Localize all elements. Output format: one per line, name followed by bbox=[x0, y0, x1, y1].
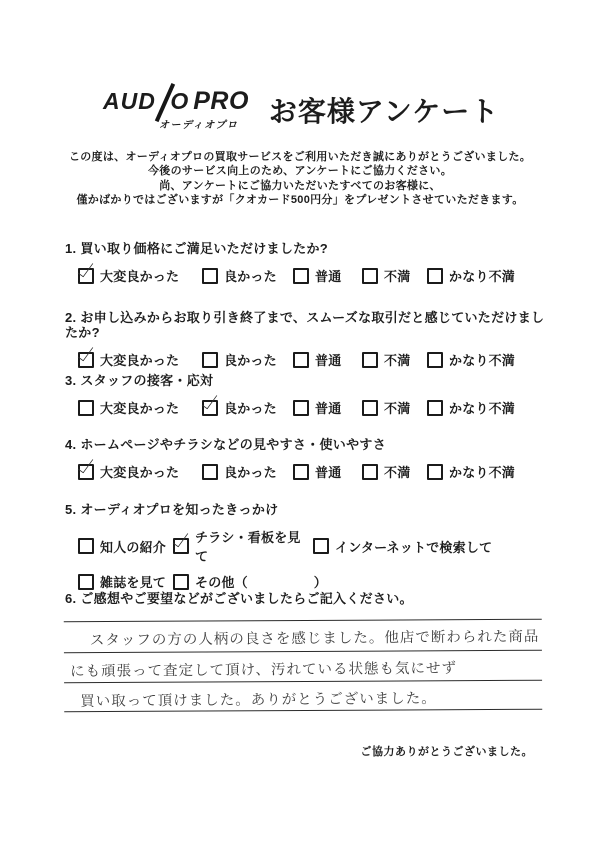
option-label: 普通 bbox=[315, 398, 341, 417]
options-row: 知人の紹介 チラシ・看板を見て インターネットで検索して bbox=[65, 527, 557, 565]
header: AUDOPRO オーディオプロ お客様アンケート bbox=[103, 82, 499, 131]
option-good: 良かった bbox=[202, 462, 293, 481]
options-row: 大変良かった 良かった 普通 不満 かなり不満 bbox=[65, 462, 557, 481]
option-label: 大変良かった bbox=[100, 350, 179, 369]
checkbox[interactable] bbox=[427, 268, 443, 284]
option-label: 不満 bbox=[384, 266, 410, 285]
check-mark bbox=[77, 259, 93, 277]
option-very-bad: かなり不満 bbox=[427, 350, 515, 369]
options-row: 大変良かった 良かった 普通 不満 かなり不満 bbox=[65, 398, 557, 417]
option-flyer: チラシ・看板を見て bbox=[173, 527, 313, 565]
checkbox[interactable] bbox=[173, 574, 189, 590]
question-5: 5. オーディオプロを知ったきっかけ 知人の紹介 チラシ・看板を見て インターネ… bbox=[65, 502, 557, 591]
checkbox[interactable] bbox=[362, 400, 378, 416]
checkbox[interactable] bbox=[293, 352, 309, 368]
checkbox[interactable] bbox=[78, 574, 94, 590]
option-label: かなり不満 bbox=[449, 266, 515, 285]
checkbox[interactable] bbox=[173, 538, 189, 554]
option-very-bad: かなり不満 bbox=[427, 462, 515, 481]
option-bad: 不満 bbox=[362, 266, 427, 285]
page-title: お客様アンケート bbox=[269, 90, 499, 130]
option-other: その他（ ） bbox=[173, 572, 327, 591]
option-label: 不満 bbox=[384, 350, 410, 369]
question-label: 2. お申し込みからお取り引き終了まで、スムーズな取引だと感じていただけましたか… bbox=[65, 310, 557, 340]
logo-o: O bbox=[170, 88, 189, 114]
option-normal: 普通 bbox=[293, 462, 362, 481]
checkbox[interactable] bbox=[78, 352, 94, 368]
option-very-good: 大変良かった bbox=[78, 398, 202, 417]
option-very-good: 大変良かった bbox=[78, 266, 202, 285]
options-row: 大変良かった 良かった 普通 不満 かなり不満 bbox=[65, 266, 557, 285]
checkbox[interactable] bbox=[202, 400, 218, 416]
intro-line: この度は、オーディオプロの買取サービスをご利用いただき誠にありがとうございました… bbox=[0, 150, 600, 164]
checkbox[interactable] bbox=[427, 400, 443, 416]
ruled-line-row[interactable]: にも頑張って査定して頂け、汚れている状態も気にせず bbox=[64, 650, 542, 683]
survey-sheet: AUDOPRO オーディオプロ お客様アンケート この度は、オーディオプロの買取… bbox=[0, 0, 600, 849]
checkbox[interactable] bbox=[78, 538, 94, 554]
option-normal: 普通 bbox=[293, 398, 362, 417]
logo-pro: PRO bbox=[193, 87, 249, 115]
option-internet: インターネットで検索して bbox=[313, 537, 492, 556]
checkbox[interactable] bbox=[202, 464, 218, 480]
option-label: 普通 bbox=[315, 266, 341, 285]
option-very-bad: かなり不満 bbox=[427, 266, 515, 285]
intro-paragraph: この度は、オーディオプロの買取サービスをご利用いただき誠にありがとうございました… bbox=[0, 150, 600, 207]
option-label: 大変良かった bbox=[100, 398, 179, 417]
intro-line: 尚、アンケートにご協力いただいたすべてのお客様に、 bbox=[0, 179, 600, 193]
option-label: かなり不満 bbox=[449, 462, 515, 481]
option-label: 良かった bbox=[224, 350, 277, 369]
brand-logo: AUDOPRO オーディオプロ bbox=[103, 82, 249, 131]
checkbox[interactable] bbox=[427, 352, 443, 368]
free-response-area[interactable]: スタッフの方の人柄の良さを感じました。他店で断わられた商品 にも頑張って査定して… bbox=[64, 619, 542, 713]
option-label: インターネットで検索して bbox=[335, 537, 492, 556]
question-1: 1. 買い取り価格にご満足いただけましたか? 大変良かった 良かった 普通 不満… bbox=[65, 241, 557, 285]
question-label: 3. スタッフの接客・応対 bbox=[65, 373, 557, 388]
option-bad: 不満 bbox=[362, 462, 427, 481]
question-label: 5. オーディオプロを知ったきっかけ bbox=[65, 502, 557, 517]
option-good: 良かった bbox=[202, 350, 293, 369]
option-very-good: 大変良かった bbox=[78, 462, 202, 481]
question-2: 2. お申し込みからお取り引き終了まで、スムーズな取引だと感じていただけましたか… bbox=[65, 310, 557, 369]
checkbox[interactable] bbox=[362, 464, 378, 480]
option-very-bad: かなり不満 bbox=[427, 398, 515, 417]
footer-thanks: ご協力ありがとうございました。 bbox=[0, 743, 533, 759]
check-mark bbox=[77, 343, 93, 361]
option-bad: 不満 bbox=[362, 350, 427, 369]
question-label: 6. ご感想やご要望などがございましたらご記入ください。 bbox=[65, 591, 557, 606]
checkbox[interactable] bbox=[78, 464, 94, 480]
check-mark bbox=[201, 391, 217, 409]
checkbox[interactable] bbox=[362, 268, 378, 284]
option-label: その他（ ） bbox=[195, 572, 327, 591]
option-label: 普通 bbox=[315, 462, 341, 481]
option-label: かなり不満 bbox=[449, 398, 515, 417]
checkbox[interactable] bbox=[427, 464, 443, 480]
question-4: 4. ホームページやチラシなどの見やすさ・使いやすさ 大変良かった 良かった 普… bbox=[65, 437, 557, 481]
checkbox[interactable] bbox=[293, 464, 309, 480]
checkbox[interactable] bbox=[293, 400, 309, 416]
question-label: 1. 買い取り価格にご満足いただけましたか? bbox=[65, 241, 557, 256]
checkbox[interactable] bbox=[78, 268, 94, 284]
ruled-line-row[interactable]: 買い取って頂けました。ありがとうございました。 bbox=[64, 680, 542, 712]
option-label: 雑誌を見て bbox=[100, 572, 166, 591]
option-label: 大変良かった bbox=[100, 462, 179, 481]
intro-line: 今後のサービス向上のため、アンケートにご協力ください。 bbox=[0, 164, 600, 178]
question-6: 6. ご感想やご要望などがございましたらご記入ください。 bbox=[65, 591, 557, 606]
option-very-good: 大変良かった bbox=[78, 350, 202, 369]
option-normal: 普通 bbox=[293, 350, 362, 369]
option-label: かなり不満 bbox=[449, 350, 515, 369]
ruled-line-row[interactable]: スタッフの方の人柄の良さを感じました。他店で断わられた商品 bbox=[64, 619, 542, 653]
question-label: 4. ホームページやチラシなどの見やすさ・使いやすさ bbox=[65, 437, 557, 452]
intro-line: 僅かばかりではございますが「クオカード500円分」をプレゼントさせていただきます… bbox=[0, 193, 600, 207]
option-label: 良かった bbox=[224, 398, 277, 417]
handwritten-text: にも頑張って査定して頂け、汚れている状態も気にせず bbox=[64, 650, 542, 681]
handwritten-text: スタッフの方の人柄の良さを感じました。他店で断わられた商品 bbox=[64, 619, 542, 650]
options-row: 大変良かった 良かった 普通 不満 かなり不満 bbox=[65, 350, 557, 369]
option-label: 良かった bbox=[224, 266, 277, 285]
option-referral: 知人の紹介 bbox=[78, 537, 173, 556]
logo-aud: AUD bbox=[103, 88, 156, 114]
option-label: 普通 bbox=[315, 350, 341, 369]
option-label: 不満 bbox=[384, 398, 410, 417]
option-magazine: 雑誌を見て bbox=[78, 572, 173, 591]
option-label: チラシ・看板を見て bbox=[195, 527, 313, 565]
question-3: 3. スタッフの接客・応対 大変良かった 良かった 普通 不満 かなり不満 bbox=[65, 373, 557, 417]
option-label: 知人の紹介 bbox=[100, 537, 166, 556]
option-label: 不満 bbox=[384, 462, 410, 481]
check-mark bbox=[172, 530, 188, 548]
options-row: 雑誌を見て その他（ ） bbox=[65, 572, 557, 591]
option-normal: 普通 bbox=[293, 266, 362, 285]
checkbox[interactable] bbox=[293, 268, 309, 284]
checkbox[interactable] bbox=[202, 268, 218, 284]
option-good: 良かった bbox=[202, 398, 293, 417]
check-mark bbox=[77, 455, 93, 473]
option-bad: 不満 bbox=[362, 398, 427, 417]
handwritten-text: 買い取って頂けました。ありがとうございました。 bbox=[64, 680, 542, 711]
option-label: 大変良かった bbox=[100, 266, 179, 285]
checkbox[interactable] bbox=[202, 352, 218, 368]
checkbox[interactable] bbox=[78, 400, 94, 416]
option-label: 良かった bbox=[224, 462, 277, 481]
option-good: 良かった bbox=[202, 266, 293, 285]
checkbox[interactable] bbox=[313, 538, 329, 554]
checkbox[interactable] bbox=[362, 352, 378, 368]
